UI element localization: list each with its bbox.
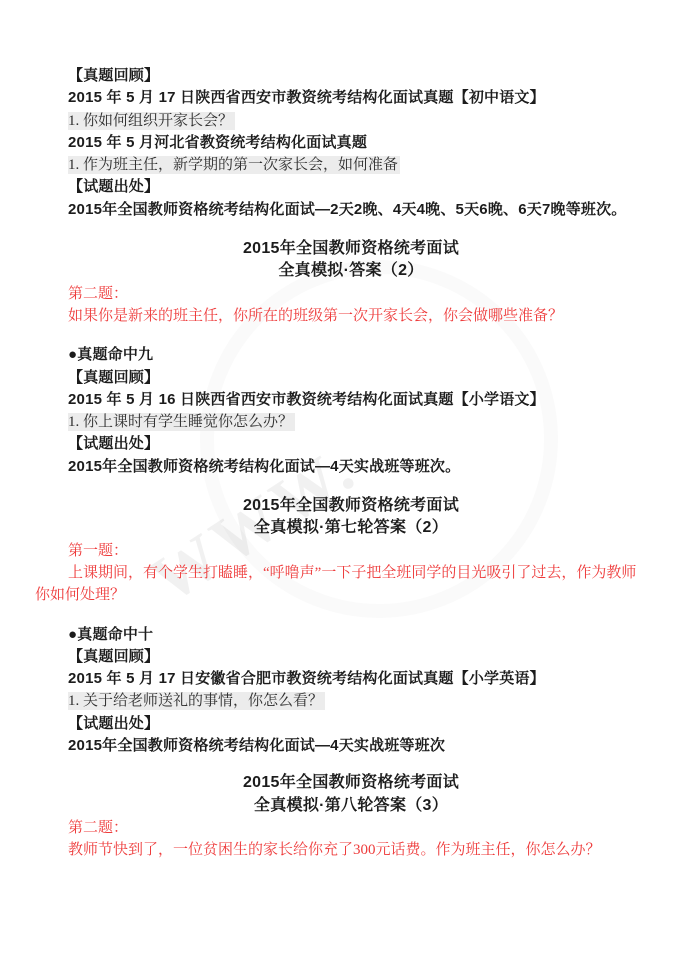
blank-line bbox=[35, 327, 645, 344]
document-page: 【真题回顾】 2015 年 5 月 17 日陕西省西安市教资统考结构化面试真题【… bbox=[0, 0, 680, 962]
blank-line bbox=[35, 478, 645, 495]
section-subtitle: 全真模拟·答案（2） bbox=[35, 260, 645, 282]
highlighted-question: 1. 你如何组织开家长会？ bbox=[68, 112, 235, 130]
highlighted-question: 1. 作为班主任，新学期的第一次家长会，如何准备 bbox=[68, 156, 400, 174]
source-header: 【试题出处】 bbox=[35, 433, 645, 455]
question-line: 1. 你如何组织开家长会？ bbox=[35, 110, 645, 132]
blank-line bbox=[35, 607, 645, 624]
question-line: 1. 作为班主任，新学期的第一次家长会，如何准备 bbox=[35, 154, 645, 176]
section-subtitle: 全真模拟·第七轮答案（2） bbox=[35, 517, 645, 539]
red-question-text: 如果你是新来的班主任，你所在的班级第一次开家长会，你会做哪些准备？ bbox=[35, 305, 645, 327]
section-subtitle: 全真模拟·第八轮答案（3） bbox=[35, 795, 645, 817]
question-label: 第一题： bbox=[35, 540, 645, 562]
question-label: 第二题： bbox=[35, 283, 645, 305]
question-label: 第二题： bbox=[35, 817, 645, 839]
blank-line bbox=[35, 221, 645, 238]
source-header: 【试题出处】 bbox=[35, 176, 645, 198]
section-title: 2015年全国教师资格统考面试 bbox=[35, 772, 645, 794]
section-title: 2015年全国教师资格统考面试 bbox=[35, 495, 645, 517]
blank-line bbox=[35, 757, 645, 772]
source-header: 【试题出处】 bbox=[35, 713, 645, 735]
bullet-header: ●真题命中九 bbox=[35, 344, 645, 366]
question-line: 1. 关于给老师送礼的事情，你怎么看？ bbox=[35, 690, 645, 712]
recall-header: 【真题回顾】 bbox=[35, 65, 645, 87]
red-question-text: 上课期间，有个学生打瞌睡，“呼噜声”一下子把全班同学的目光吸引了过去，作为教师你… bbox=[35, 562, 645, 607]
source-line: 2015年全国教师资格统考结构化面试—2天2晚、4天4晚、5天6晚、6天7晚等班… bbox=[35, 199, 645, 221]
exam-title-line: 2015 年 5 月 16 日陕西省西安市教资统考结构化面试真题【小学语文】 bbox=[35, 389, 645, 411]
exam-title-line: 2015 年 5 月河北省教资统考结构化面试真题 bbox=[35, 132, 645, 154]
highlighted-question: 1. 关于给老师送礼的事情，你怎么看？ bbox=[68, 692, 325, 710]
recall-header: 【真题回顾】 bbox=[35, 367, 645, 389]
exam-title-line: 2015 年 5 月 17 日安徽省合肥市教资统考结构化面试真题【小学英语】 bbox=[35, 668, 645, 690]
source-line: 2015年全国教师资格统考结构化面试—4天实战班等班次 bbox=[35, 735, 645, 757]
bullet-header: ●真题命中十 bbox=[35, 624, 645, 646]
source-line: 2015年全国教师资格统考结构化面试—4天实战班等班次。 bbox=[35, 456, 645, 478]
section-title: 2015年全国教师资格统考面试 bbox=[35, 238, 645, 260]
highlighted-question: 1. 你上课时有学生睡觉你怎么办？ bbox=[68, 413, 295, 431]
question-line: 1. 你上课时有学生睡觉你怎么办？ bbox=[35, 411, 645, 433]
recall-header: 【真题回顾】 bbox=[35, 646, 645, 668]
red-question-text: 教师节快到了，一位贫困生的家长给你充了300元话费。作为班主任，你怎么办？ bbox=[35, 839, 645, 861]
exam-title-line: 2015 年 5 月 17 日陕西省西安市教资统考结构化面试真题【初中语文】 bbox=[35, 87, 645, 109]
